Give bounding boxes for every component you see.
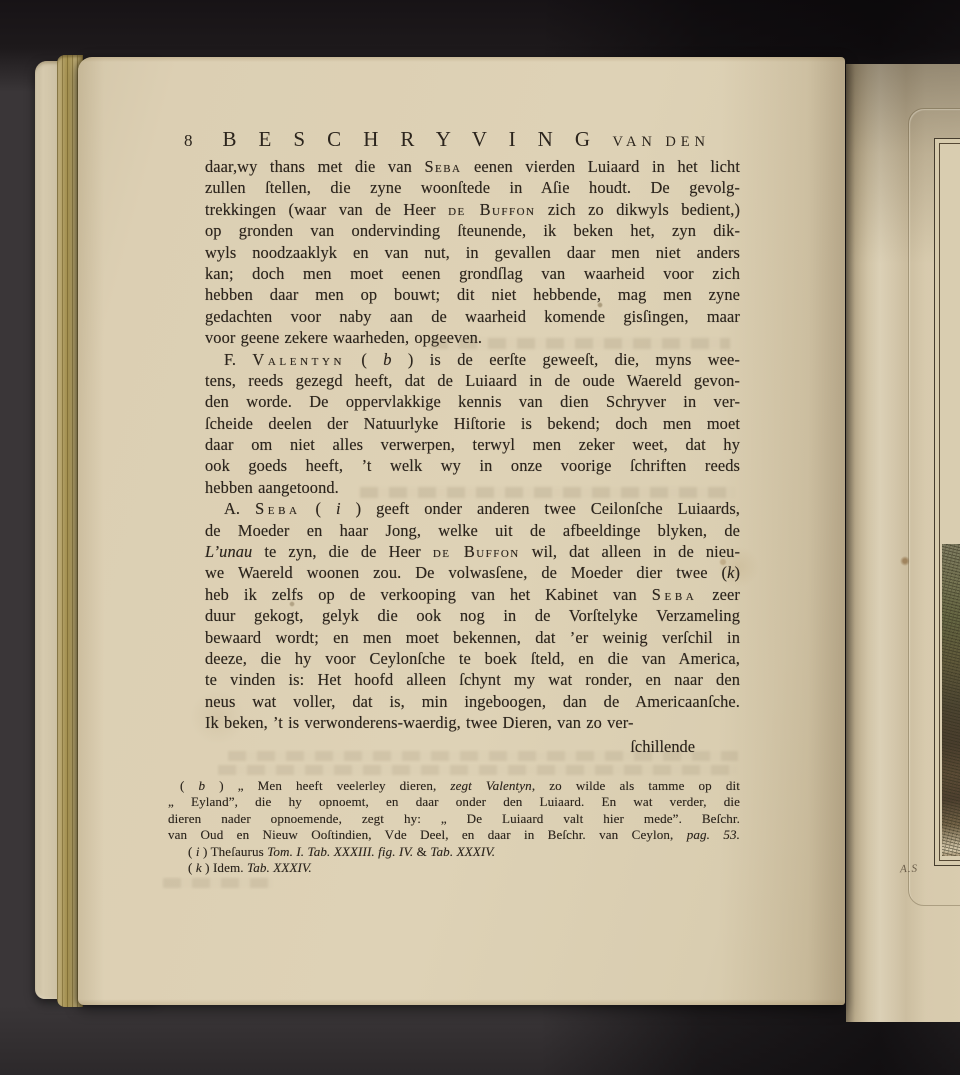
text-line: neus wat voller, dat is, min ingeboogen,… — [205, 691, 740, 712]
footnote-line: ( i ) Theſaurus Tom. I. Tab. XXXIII. fig… — [168, 844, 740, 860]
text-line: de Moeder en haar Jong, welke uit de afb… — [205, 520, 740, 541]
text-line: trekkingen (waar van de Heer de Buffon z… — [205, 199, 740, 220]
running-header: 8 B E S C H R Y V I N G VAN DEN — [184, 127, 784, 152]
book-page: 8 B E S C H R Y V I N G VAN DEN daar,wy … — [78, 57, 845, 1005]
footnote-line: „ Eyland”, die hy opnoemt, en daar onder… — [168, 794, 740, 810]
footnote-line: ( b ) „ Men heeft veelerley dieren, zegt… — [168, 778, 740, 794]
text-line: zullen ſtellen, die zyne woonſtede in Aſ… — [205, 177, 740, 198]
text-line: F. Valentyn ( b ) is de eerſte geweeſt, … — [205, 349, 740, 370]
plate-border — [934, 138, 960, 866]
text-line: daar,wy thans met die van Seba eenen vie… — [205, 156, 740, 177]
text-line: we Waereld woonen zou. De volwasſene, de… — [205, 562, 740, 583]
footnote-line: van Oud en Nieuw Ooſtindien, Vde Deel, e… — [168, 827, 740, 843]
text-line: bewaard wordt; en men moet bekennen, dat… — [205, 627, 740, 648]
text-line: A. Seba ( i ) geeft onder anderen twee C… — [205, 498, 740, 519]
plate-inscription: A.S — [900, 863, 918, 876]
page-number: 8 — [184, 131, 194, 151]
plate-engraving-sliver — [942, 544, 960, 856]
text-line: hebben daar men op bouwt; dit niet hebbe… — [205, 284, 740, 305]
show-through — [218, 765, 738, 775]
text-line: daar om niet alles verwerpen, terwyl men… — [205, 434, 740, 455]
text-line: den worde. De oppervlakkige kennis van d… — [205, 391, 740, 412]
text-line: duur gekogt, gelyk die ook nog in de Vor… — [205, 605, 740, 626]
text-line: ſcheide deelen der Natuurlyke Hiſtorie i… — [205, 413, 740, 434]
show-through — [163, 878, 273, 888]
header-title: B E S C H R Y V I N G — [223, 127, 599, 152]
footnote-line: dieren nader opnoemende, zegt hy: „ De L… — [168, 811, 740, 827]
text-line: op gronden van ondervinding ſteunende, i… — [205, 220, 740, 241]
footnotes: ( b ) „ Men heeft veelerley dieren, zegt… — [168, 778, 740, 876]
text-line: gedachten voor naby aan de waarheid kome… — [205, 306, 740, 327]
plate-border-inner — [939, 143, 960, 861]
book-scan: A.S 8 B E S C H R Y V I N G VAN DEN daar… — [0, 0, 960, 1075]
catchword: ſchillende — [205, 737, 740, 757]
facing-page: A.S — [846, 64, 960, 1022]
text-line: voor geene zekere waarheden, opgeeven. — [205, 327, 740, 348]
header-subtitle: VAN DEN — [612, 134, 709, 151]
text-line: te vinden is: Het hoofd alleen ſchynt my… — [205, 669, 740, 690]
text-line: L’unau te zyn, die de Heer de Buffon wil… — [205, 541, 740, 562]
text-line: heb ik zelfs op de verkooping van het Ka… — [205, 584, 740, 605]
text-line: tens, reeds gezegd heeft, dat de Luiaard… — [205, 370, 740, 391]
text-line: hebben aangetoond. — [205, 477, 740, 498]
text-line: Ik beken, ’t is verwonderens-waerdig, tw… — [205, 712, 740, 733]
text-line: deeze, die hy voor Ceylonſche te boek ſt… — [205, 648, 740, 669]
text-line: ook goeds heeft, ’t welk wy in onze voor… — [205, 455, 740, 476]
footnote-line: ( k ) Idem. Tab. XXXIV. — [168, 860, 740, 876]
text-line: wyls noodzaaklyk en van nut, in gevallen… — [205, 242, 740, 263]
text-line: kan; doch men moet eenen grondſlag van w… — [205, 263, 740, 284]
body-text: daar,wy thans met die van Seba eenen vie… — [205, 156, 740, 734]
